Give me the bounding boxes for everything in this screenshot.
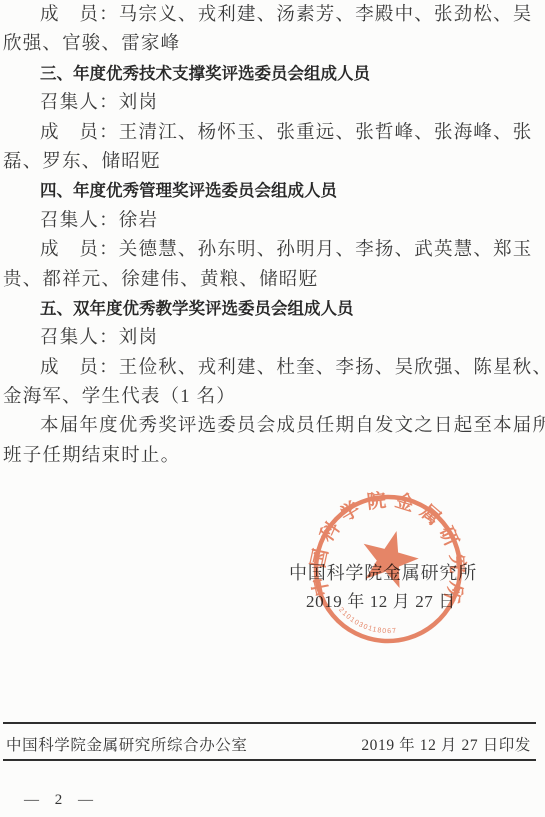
members-line: 成 员：关德慧、孙东明、孙明月、李扬、武英慧、郑玉 <box>3 236 539 265</box>
closing-paragraph: 本届年度优秀奖评选委员会成员任期自发文之日起至本届所 <box>3 412 539 441</box>
official-seal: 中国科学院金属研究所 2101030118067 <box>302 483 474 655</box>
members-line: 成 员：马宗义、戎利建、汤素芳、李殿中、张劲松、吴 <box>3 1 539 30</box>
document-page: 成 员：马宗义、戎利建、汤素芳、李殿中、张劲松、吴 欣强、官骏、雷家峰 三、年度… <box>0 0 545 817</box>
convener-line: 召集人：刘岗 <box>3 324 539 353</box>
convener-line: 召集人：刘岗 <box>3 89 539 118</box>
members-line: 欣强、官骏、雷家峰 <box>3 30 539 59</box>
members-line: 成 员：王俭秋、戎利建、杜奎、李扬、吴欣强、陈星秋、 <box>3 354 539 383</box>
closing-paragraph: 班子任期结束时止。 <box>3 442 539 471</box>
convener-line: 召集人：徐岩 <box>3 207 539 236</box>
page-number: — 2 — <box>24 792 94 809</box>
members-line: 磊、罗东、储昭觃 <box>3 148 539 177</box>
svg-text:2101030118067: 2101030118067 <box>335 606 399 636</box>
footer-rule-top <box>3 722 536 724</box>
section-heading-4: 四、年度优秀管理奖评选委员会组成人员 <box>3 177 539 206</box>
document-body: 成 员：马宗义、戎利建、汤素芳、李殿中、张劲松、吴 欣强、官骏、雷家峰 三、年度… <box>3 1 539 471</box>
seal-serial-number: 2101030118067 <box>335 606 399 636</box>
members-line: 贵、都祥元、徐建伟、黄粮、储昭觃 <box>3 266 539 295</box>
members-line: 成 员：王清江、杨怀玉、张重远、张哲峰、张海峰、张 <box>3 119 539 148</box>
footer-rule-bottom <box>3 759 536 761</box>
members-line: 金海军、学生代表（1 名） <box>3 383 539 412</box>
section-heading-5: 五、双年度优秀教学奖评选委员会组成人员 <box>3 295 539 324</box>
section-heading-3: 三、年度优秀技术支撑奖评选委员会组成人员 <box>3 60 539 89</box>
seal-star-icon <box>355 524 424 591</box>
footer-office: 中国科学院金属研究所综合办公室 <box>6 733 248 759</box>
footer-print-date: 2019 年 12 月 27 日印发 <box>361 733 531 759</box>
